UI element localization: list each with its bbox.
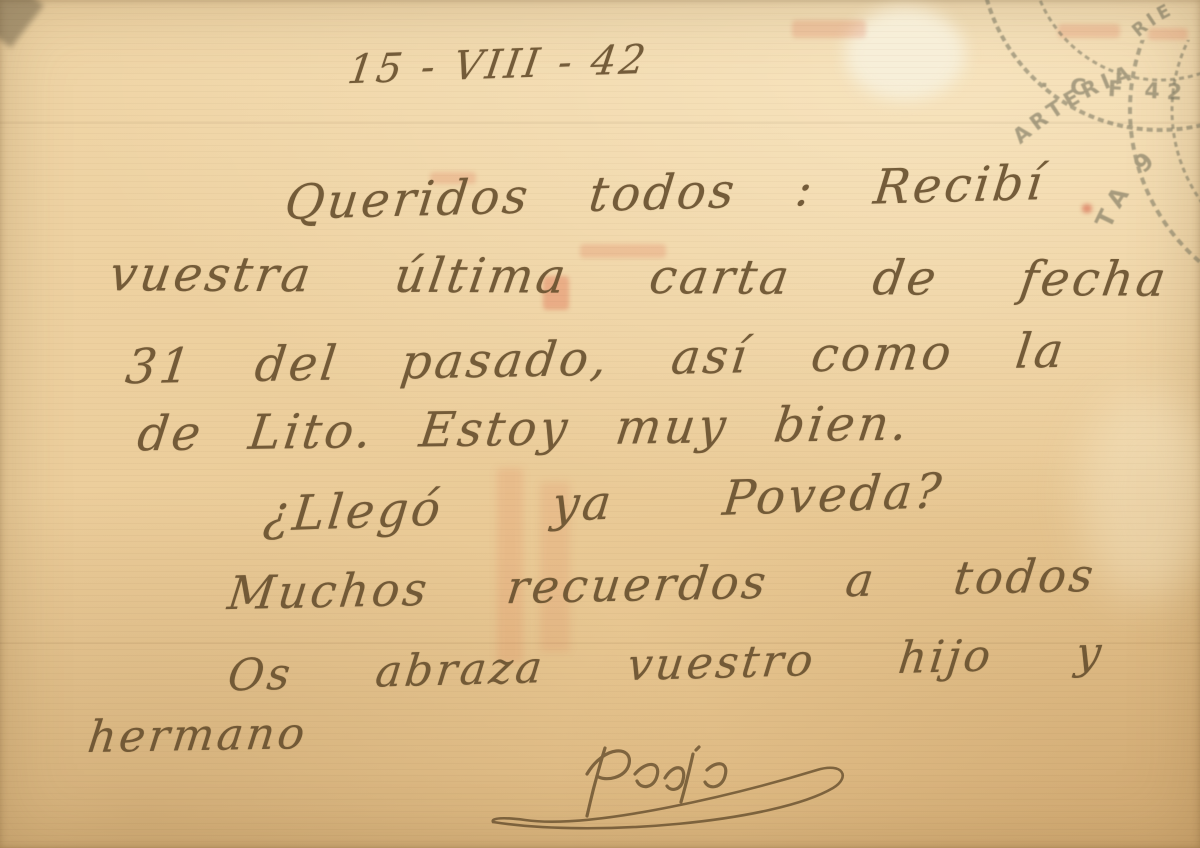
corner-streak-stain <box>0 0 44 48</box>
date-line: 15 - VIII - 42 <box>345 39 651 92</box>
signature: Pepito <box>455 726 855 836</box>
handwriting-line: Muchos recuerdos a todos <box>225 551 1099 618</box>
postmark-edge-text: RIE <box>1128 0 1178 42</box>
postcard: ARTERIA RIE · C F 42 · 5 TA 9 15 - VIII … <box>0 0 1200 848</box>
handwriting-line: hermano <box>85 709 431 761</box>
handwriting-line: Os abraza vuestro hijo y <box>226 630 1107 699</box>
worn-paper-patch <box>845 8 965 100</box>
handwriting-line: de Lito. Estoy muy bien. <box>135 399 913 460</box>
red-ink-mark <box>792 20 866 38</box>
postmark-stamp-bottom: TA 9 <box>1030 40 1200 440</box>
svg-text:RIE: RIE <box>1128 0 1178 42</box>
handwriting-line: Queridos todos : Recibí <box>282 158 1048 228</box>
handwriting-line: 31 del pasado, así como la <box>123 326 1069 393</box>
svg-text:TA 9: TA 9 <box>1090 141 1165 232</box>
handwriting-line: vuestra última carta de fecha <box>106 249 1171 305</box>
postmark-arc-text: TA 9 <box>1090 141 1165 232</box>
handwriting-line: ¿Llegó ya Poveda? <box>262 466 947 540</box>
